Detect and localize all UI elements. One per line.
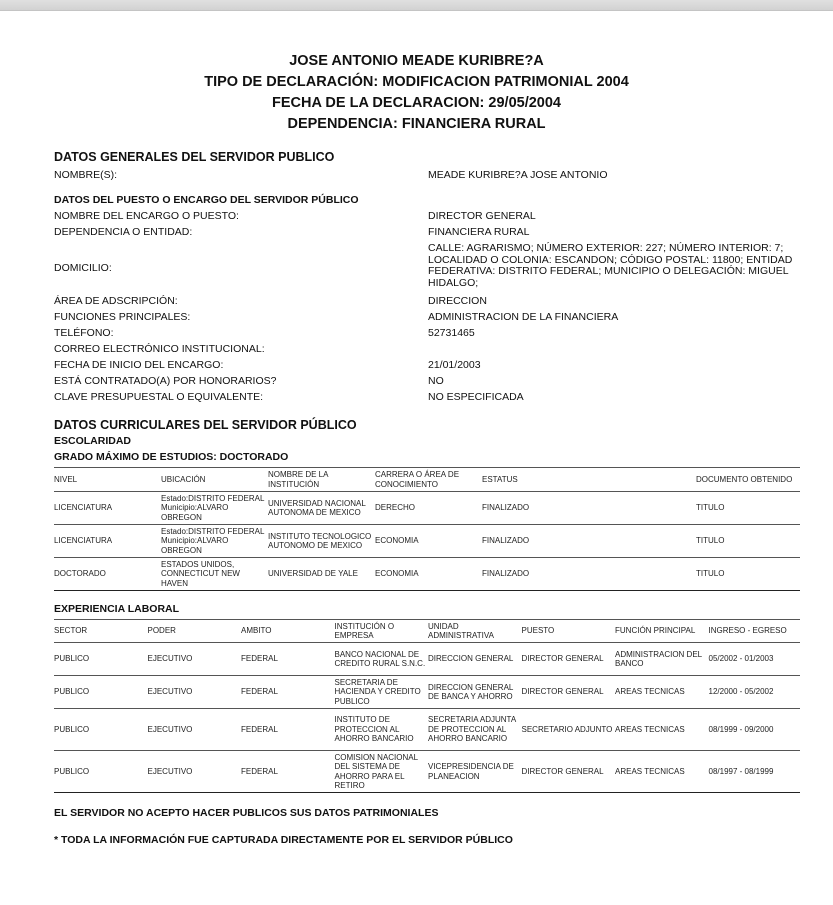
table-cell: ADMINISTRACION DEL BANCO	[615, 643, 709, 676]
column-header: AMBITO	[241, 620, 335, 643]
field-value-area: DIRECCION	[428, 295, 487, 307]
table-cell: DIRECTOR GENERAL	[522, 643, 616, 676]
field-label-correo: CORREO ELECTRÓNICO INSTITUCIONAL:	[54, 343, 265, 355]
table-cell: PUBLICO	[54, 751, 148, 793]
column-header: PUESTO	[522, 620, 616, 643]
table-cell: DIRECTOR GENERAL	[522, 676, 616, 709]
column-header: NIVEL	[54, 468, 161, 492]
table-cell: DIRECCION GENERAL DE BANCA Y AHORRO	[428, 676, 522, 709]
table-cell: UNIVERSIDAD DE YALE	[268, 558, 375, 591]
table-cell: AREAS TECNICAS	[615, 676, 709, 709]
table-cell: PUBLICO	[54, 676, 148, 709]
table-cell	[589, 492, 696, 525]
table-cell: 05/2002 - 01/2003	[709, 643, 801, 676]
table-cell: SECRETARIA ADJUNTA DE PROTECCION AL AHOR…	[428, 709, 522, 751]
table-cell: FEDERAL	[241, 709, 335, 751]
field-label-nombre: NOMBRE(S):	[54, 169, 117, 181]
table-row: PUBLICO EJECUTIVO FEDERAL COMISION NACIO…	[54, 751, 800, 793]
table-cell: ESTADOS UNIDOS, CONNECTICUT NEW HAVEN	[161, 558, 268, 591]
table-cell: 08/1997 - 08/1999	[709, 751, 801, 793]
table-cell: UNIVERSIDAD NACIONAL AUTONOMA DE MEXICO	[268, 492, 375, 525]
field-value-dependencia: FINANCIERA RURAL	[428, 226, 530, 238]
table-cell: INSTITUTO TECNOLOGICO AUTONOMO DE MEXICO	[268, 525, 375, 558]
table-cell: ECONOMIA	[375, 525, 482, 558]
field-value-funciones: ADMINISTRACION DE LA FINANCIERA	[428, 311, 618, 323]
document-header: JOSE ANTONIO MEADE KURIBRE?A TIPO DE DEC…	[0, 51, 833, 135]
table-row: LICENCIATURA Estado:DISTRITO FEDERAL Mun…	[54, 492, 800, 525]
section-title-datos-generales: DATOS GENERALES DEL SERVIDOR PUBLICO	[54, 150, 334, 164]
declaration-type: TIPO DE DECLARACIÓN: MODIFICACION PATRIM…	[0, 72, 833, 93]
field-label-clave: CLAVE PRESUPUESTAL O EQUIVALENTE:	[54, 391, 263, 403]
declaration-agency: DEPENDENCIA: FINANCIERA RURAL	[0, 114, 833, 135]
escolaridad-heading: ESCOLARIDAD	[54, 435, 131, 447]
table-cell: FEDERAL	[241, 676, 335, 709]
field-value-encargo: DIRECTOR GENERAL	[428, 210, 536, 222]
experiencia-table: SECTOR PODER AMBITO INSTITUCIÓN O EMPRES…	[54, 619, 800, 793]
table-cell: FINALIZADO	[482, 492, 589, 525]
table-cell: AREAS TECNICAS	[615, 751, 709, 793]
table-cell: EJECUTIVO	[148, 751, 242, 793]
table-cell: PUBLICO	[54, 709, 148, 751]
field-value-clave: NO ESPECIFICADA	[428, 391, 524, 403]
column-header: CARRERA O ÁREA DE CONOCIMIENTO	[375, 468, 482, 492]
declaration-date: FECHA DE LA DECLARACION: 29/05/2004	[0, 93, 833, 114]
table-cell: ECONOMIA	[375, 558, 482, 591]
table-header-row: NIVEL UBICACIÓN NOMBRE DE LA INSTITUCIÓN…	[54, 468, 800, 492]
table-cell: 08/1999 - 09/2000	[709, 709, 801, 751]
field-value-telefono: 52731465	[428, 327, 475, 339]
field-value-honorarios: NO	[428, 375, 444, 387]
field-value-nombre: MEADE KURIBRE?A JOSE ANTONIO	[428, 169, 608, 181]
table-cell: DIRECTOR GENERAL	[522, 751, 616, 793]
column-header: SECTOR	[54, 620, 148, 643]
table-cell: COMISION NACIONAL DEL SISTEMA DE AHORRO …	[335, 751, 429, 793]
viewer-top-bar	[0, 0, 833, 11]
field-value-fecha-inicio: 21/01/2003	[428, 359, 481, 371]
table-cell: Estado:DISTRITO FEDERAL Municipio:ALVARO…	[161, 492, 268, 525]
table-cell: DOCTORADO	[54, 558, 161, 591]
table-cell: BANCO NACIONAL DE CREDITO RURAL S.N.C.	[335, 643, 429, 676]
column-header: PODER	[148, 620, 242, 643]
table-cell: LICENCIATURA	[54, 492, 161, 525]
table-row: DOCTORADO ESTADOS UNIDOS, CONNECTICUT NE…	[54, 558, 800, 591]
table-cell: DERECHO	[375, 492, 482, 525]
field-value-domicilio: CALLE: AGRARISMO; NÚMERO EXTERIOR: 227; …	[428, 243, 803, 289]
column-header: ESTATUS	[482, 468, 589, 492]
column-header: NOMBRE DE LA INSTITUCIÓN	[268, 468, 375, 492]
table-cell: TITULO	[696, 525, 800, 558]
field-label-fecha-inicio: FECHA DE INICIO DEL ENCARGO:	[54, 359, 223, 371]
field-label-domicilio: DOMICILIO:	[54, 262, 112, 274]
column-header: DOCUMENTO OBTENIDO	[696, 468, 800, 492]
table-cell: Estado:DISTRITO FEDERAL Municipio:ALVARO…	[161, 525, 268, 558]
field-label-dependencia: DEPENDENCIA O ENTIDAD:	[54, 226, 192, 238]
column-header: UBICACIÓN	[161, 468, 268, 492]
table-cell: FINALIZADO	[482, 558, 589, 591]
table-cell: EJECUTIVO	[148, 676, 242, 709]
table-cell: EJECUTIVO	[148, 643, 242, 676]
table-header-row: SECTOR PODER AMBITO INSTITUCIÓN O EMPRES…	[54, 620, 800, 643]
table-cell	[589, 525, 696, 558]
grado-maximo-heading: GRADO MÁXIMO DE ESTUDIOS: DOCTORADO	[54, 451, 288, 463]
table-row: LICENCIATURA Estado:DISTRITO FEDERAL Mun…	[54, 525, 800, 558]
table-cell: 12/2000 - 05/2002	[709, 676, 801, 709]
table-row: PUBLICO EJECUTIVO FEDERAL INSTITUTO DE P…	[54, 709, 800, 751]
column-header: INSTITUCIÓN O EMPRESA	[335, 620, 429, 643]
declarant-name: JOSE ANTONIO MEADE KURIBRE?A	[0, 51, 833, 72]
table-cell: FEDERAL	[241, 643, 335, 676]
column-header: FUNCIÓN PRINCIPAL	[615, 620, 709, 643]
section-title-experiencia: EXPERIENCIA LABORAL	[54, 603, 179, 615]
field-label-funciones: FUNCIONES PRINCIPALES:	[54, 311, 190, 323]
section-title-curriculares: DATOS CURRICULARES DEL SERVIDOR PÚBLICO	[54, 418, 357, 432]
field-label-encargo: NOMBRE DEL ENCARGO O PUESTO:	[54, 210, 239, 222]
table-cell: PUBLICO	[54, 643, 148, 676]
patrimonio-notice: EL SERVIDOR NO ACEPTO HACER PUBLICOS SUS…	[54, 807, 438, 819]
table-row: PUBLICO EJECUTIVO FEDERAL BANCO NACIONAL…	[54, 643, 800, 676]
escolaridad-table: NIVEL UBICACIÓN NOMBRE DE LA INSTITUCIÓN…	[54, 467, 800, 591]
field-label-area: ÁREA DE ADSCRIPCIÓN:	[54, 295, 178, 307]
table-cell: LICENCIATURA	[54, 525, 161, 558]
field-label-honorarios: ESTÁ CONTRATADO(A) POR HONORARIOS?	[54, 375, 276, 387]
captura-note: * TODA LA INFORMACIÓN FUE CAPTURADA DIRE…	[54, 834, 513, 846]
column-header: INGRESO - EGRESO	[709, 620, 801, 643]
section-title-puesto: DATOS DEL PUESTO O ENCARGO DEL SERVIDOR …	[54, 194, 359, 206]
table-cell: SECRETARIO ADJUNTO	[522, 709, 616, 751]
table-cell: VICEPRESIDENCIA DE PLANEACION	[428, 751, 522, 793]
table-cell	[589, 558, 696, 591]
table-cell: AREAS TECNICAS	[615, 709, 709, 751]
table-row: PUBLICO EJECUTIVO FEDERAL SECRETARIA DE …	[54, 676, 800, 709]
table-cell: SECRETARIA DE HACIENDA Y CREDITO PUBLICO	[335, 676, 429, 709]
table-cell: DIRECCION GENERAL	[428, 643, 522, 676]
table-cell: INSTITUTO DE PROTECCION AL AHORRO BANCAR…	[335, 709, 429, 751]
column-header: UNIDAD ADMINISTRATIVA	[428, 620, 522, 643]
table-cell: TITULO	[696, 492, 800, 525]
table-cell: EJECUTIVO	[148, 709, 242, 751]
table-cell: FINALIZADO	[482, 525, 589, 558]
field-label-telefono: TELÉFONO:	[54, 327, 114, 339]
table-cell: FEDERAL	[241, 751, 335, 793]
column-header	[589, 468, 696, 492]
table-cell: TITULO	[696, 558, 800, 591]
